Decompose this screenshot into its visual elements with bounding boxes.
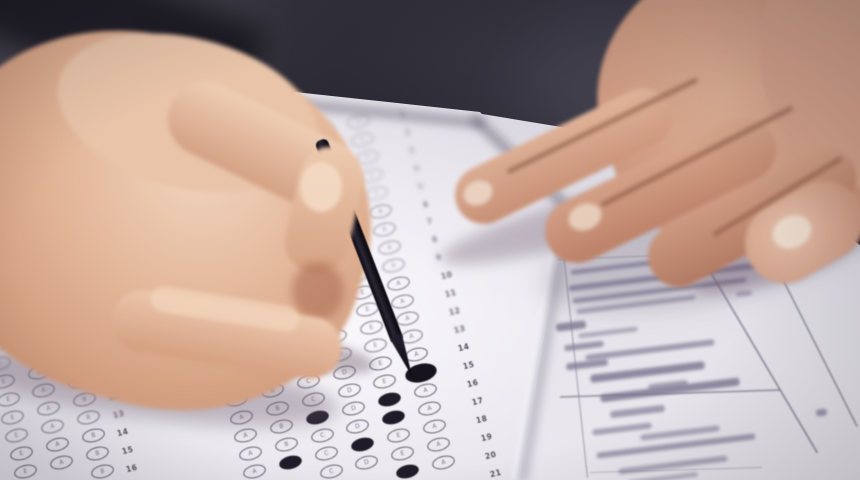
photo-vignette xyxy=(0,0,860,480)
photo-canvas: DDEEEEEEEEEEEAAAAAAAAAAAAAAABBBBBBBBBBBB… xyxy=(0,0,860,480)
